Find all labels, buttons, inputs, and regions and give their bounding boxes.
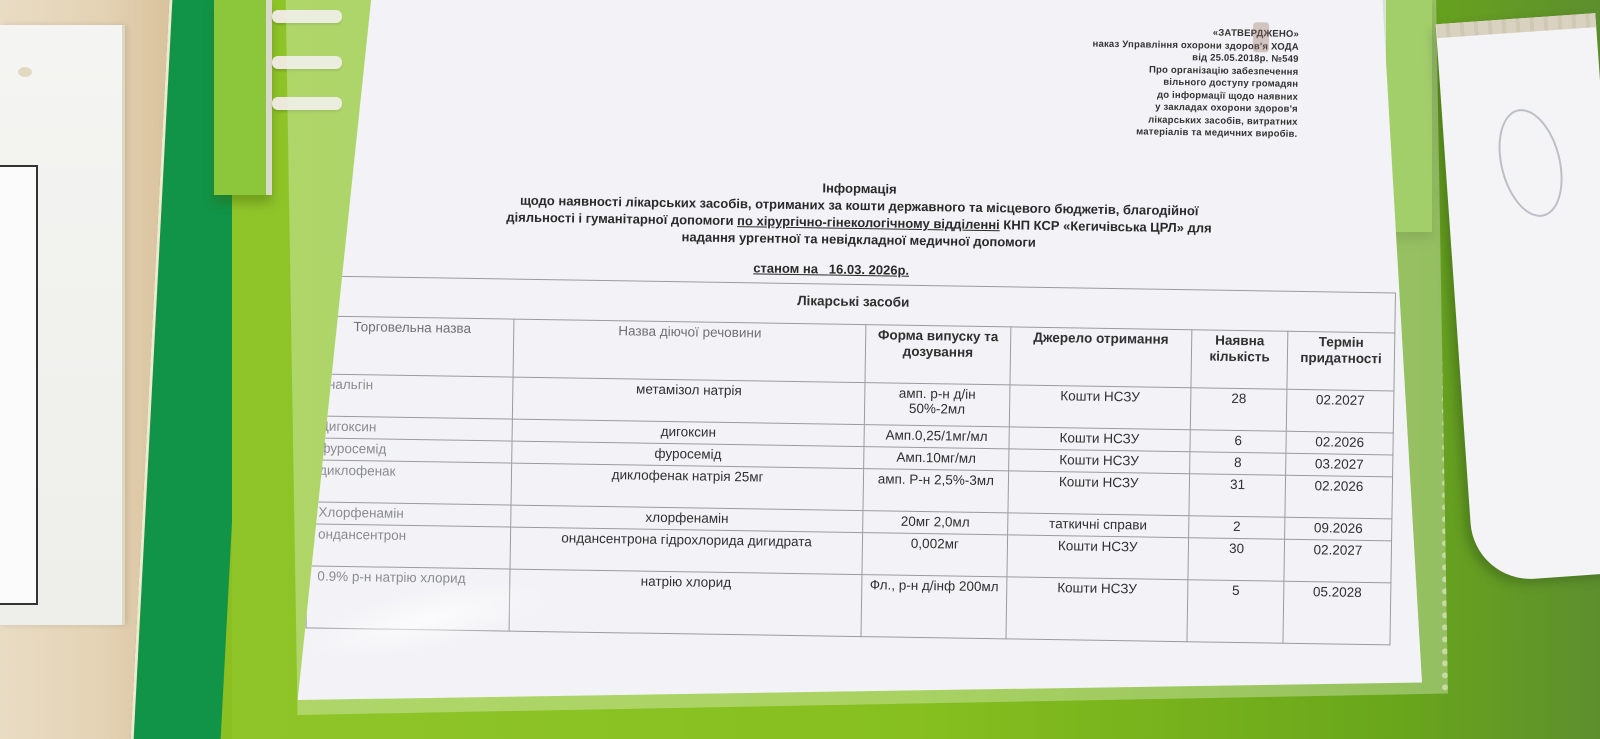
quantity: 30	[1188, 538, 1285, 582]
approval-block: «ЗАТВЕРДЖЕНО» наказ Управління охорони з…	[937, 23, 1299, 141]
expiry: 02.2027	[1286, 389, 1393, 433]
left-notice-sheet	[0, 25, 125, 625]
quantity: 31	[1189, 474, 1286, 518]
dosage-form: Амп.0,25/1мг/мл	[864, 425, 1008, 449]
hang-hole	[18, 67, 32, 77]
active-substance: метамізол натрія	[512, 377, 865, 425]
trade-name: Хлорфенамін	[308, 502, 511, 527]
column-header: Назва діючої речовини	[513, 319, 866, 383]
dosage-form: амп. Р-н 2,5%-3мл	[863, 469, 1008, 513]
column-header: Торговельна назва	[310, 316, 514, 377]
expiry: 09.2026	[1285, 517, 1392, 541]
source: Кошти НСЗУ	[1007, 471, 1189, 516]
quantity: 8	[1190, 452, 1286, 476]
stamp-mark	[1488, 102, 1573, 223]
left-sheet-frame	[0, 165, 38, 605]
source: Кошти НСЗУ	[1006, 535, 1188, 580]
expiry: 03.2027	[1286, 453, 1393, 477]
source: Кошти НСЗУ	[1009, 385, 1191, 430]
quantity: 2	[1189, 516, 1285, 540]
dosage-form: амп. р-н д/ін 50%-2мл	[865, 383, 1010, 427]
trade-name: фуросемід	[309, 438, 512, 463]
trade-name: Дигоксин	[309, 416, 512, 441]
left-hanger-bracket	[214, 0, 272, 195]
active-substance: натрію хлорид	[509, 569, 862, 637]
heading-line-prefix: діяльності і гуманітарної допомоги	[506, 209, 737, 228]
signature-mark	[1253, 22, 1269, 52]
column-header: Джерело отримання	[1009, 327, 1191, 388]
document-heading: Інформація щодо наявності лікарських зас…	[354, 172, 1365, 256]
quantity: 28	[1190, 388, 1287, 432]
dosage-form: Амп.10мг/мл	[864, 447, 1008, 471]
as-of-value: 16.03. 2026р.	[829, 262, 909, 278]
as-of-date: станом на 16.03. 2026р.	[753, 260, 909, 277]
expiry: 05.2028	[1283, 581, 1391, 645]
expiry: 02.2026	[1285, 475, 1392, 519]
expiry: 02.2026	[1286, 431, 1393, 455]
source: Кошти НСЗУ	[1005, 577, 1187, 642]
source: Кошти НСЗУ	[1008, 427, 1190, 452]
expiry: 02.2027	[1284, 539, 1391, 583]
trade-name: диклофенак	[308, 460, 512, 505]
source: Кошти НСЗУ	[1008, 449, 1190, 474]
dosage-form: 0,002мг	[862, 533, 1007, 577]
column-header: Форма випуску та дозування	[865, 325, 1010, 385]
column-header: Термін придатності	[1287, 331, 1395, 391]
as-of-label: станом на	[753, 260, 818, 276]
active-substance: диклофенак натрія 25мг	[511, 463, 864, 511]
column-header: Наявна кількість	[1191, 330, 1288, 390]
quantity: 5	[1187, 580, 1284, 644]
dosage-form: 20мг 2,0мл	[863, 511, 1007, 535]
trade-name: анальгін	[309, 374, 513, 419]
quantity: 6	[1190, 430, 1286, 454]
active-substance: ондансентрона гідрохлорида дигидрата	[510, 527, 863, 575]
source: таткичні справи	[1007, 513, 1189, 538]
trade-name: ондансентрон	[307, 524, 511, 569]
dosage-form: Фл., р-н д/інф 200мл	[861, 575, 1006, 639]
